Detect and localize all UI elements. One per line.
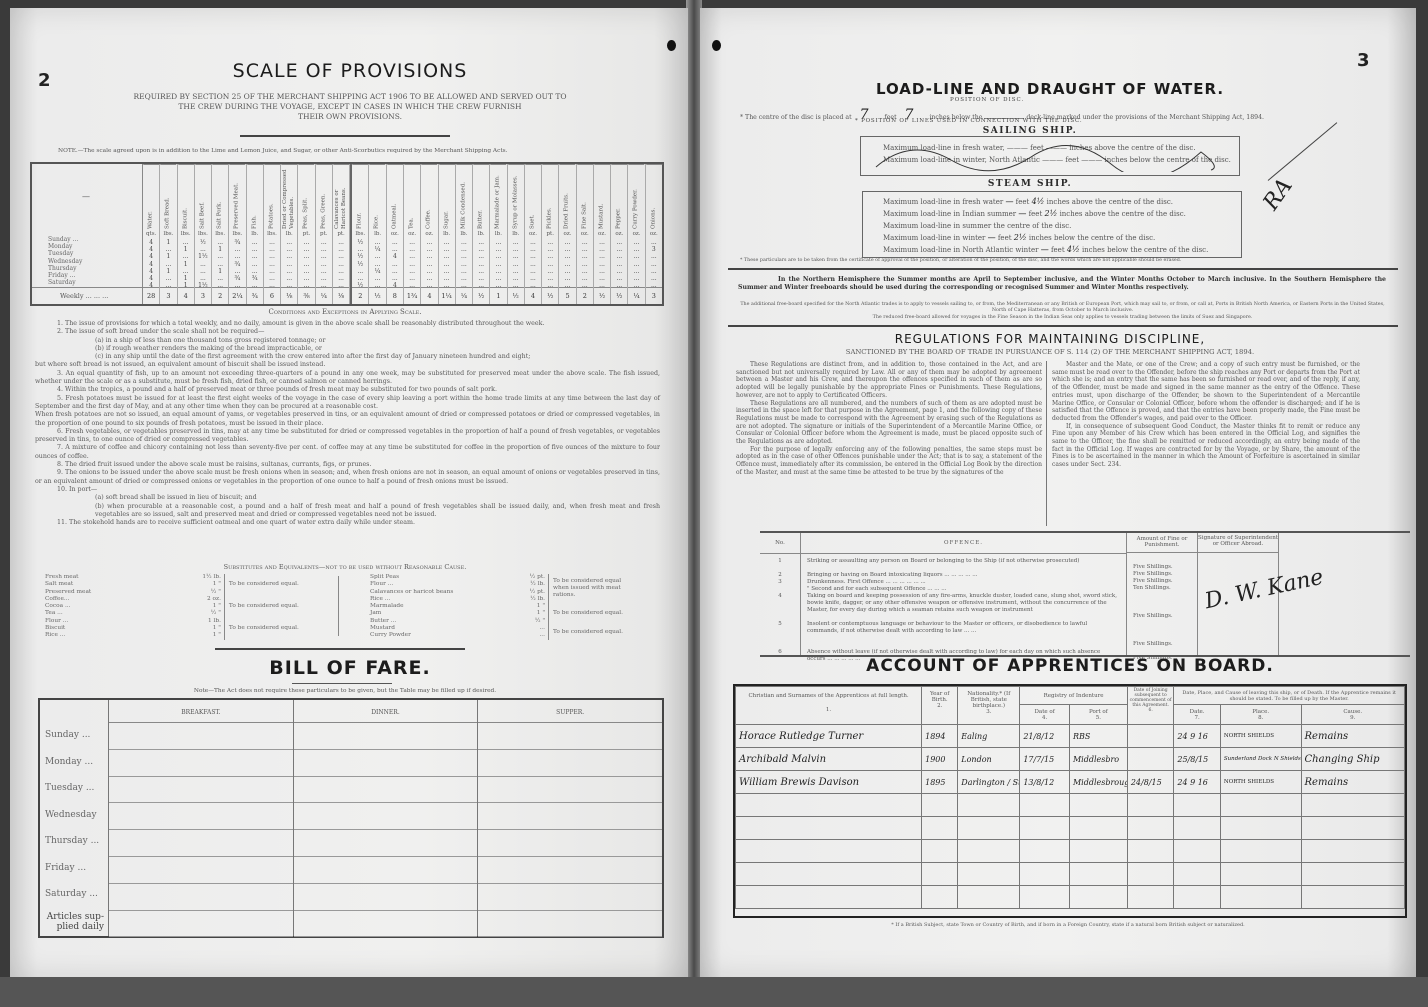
steam-line-label: Maximum load-line in Indian summer	[883, 210, 1016, 218]
fare-entry-cell[interactable]	[109, 911, 293, 938]
provision-weekly-value: ½	[594, 287, 610, 304]
substitute-item: Curry Powder	[370, 632, 411, 639]
disc-prefix: * The centre of the disc is placed at	[740, 114, 852, 121]
empty-cell[interactable]	[1220, 886, 1301, 909]
substitute-group: Marmalade1 "Jam1 "Butter ...½ "To be con…	[370, 603, 660, 625]
fare-entry-cell[interactable]	[109, 884, 293, 911]
provision-daily-value: ...	[369, 261, 385, 268]
substitute-amount: ...	[539, 625, 545, 632]
fare-day-label: Articles sup-plied daily	[40, 908, 108, 939]
sailing-ship-title: SAILING SHIP.	[930, 126, 1130, 136]
provision-daily-value: ...	[439, 261, 455, 268]
substitute-item: Calavances or haricot beans	[370, 589, 453, 596]
provision-daily-value: 4	[143, 253, 159, 260]
offence-fine: Ten Shillings.	[1133, 585, 1193, 592]
substitutes-title: Substitutes and Equivalents—not to be us…	[30, 563, 660, 571]
regulation-paragraph: If, in consequence of subsequent Good Co…	[1052, 423, 1360, 469]
provision-unit: oz.	[611, 231, 627, 239]
day-label: Tuesday	[48, 250, 73, 257]
provision-unit: lbs.	[352, 231, 368, 239]
steam-line: Maximum load-line in winter — feet 2½ in…	[883, 232, 1241, 244]
provision-daily-value: 1	[212, 268, 228, 275]
empty-cell[interactable]	[958, 794, 1020, 817]
offence-text: " Second and for each subsequent Offence…	[807, 586, 1120, 593]
provision-column: Onions.oz....3...............3	[646, 164, 662, 304]
empty-cell[interactable]	[958, 863, 1020, 886]
substitute-amount: 1 "	[213, 581, 221, 588]
provision-daily-value: ...	[212, 253, 228, 260]
sailing-ship-box: Maximum load-line in fresh water, ——— fe…	[860, 136, 1240, 176]
column-header: Amount of Fine or Punishment.	[1127, 533, 1197, 553]
provision-daily-value: ...	[439, 246, 455, 253]
provision-unit: oz.	[421, 231, 437, 239]
strikethrough-scribble-icon	[871, 142, 1231, 172]
provision-daily-value: ...	[387, 268, 403, 275]
fare-entry-cell[interactable]	[294, 857, 478, 884]
fare-entry-cell[interactable]	[294, 723, 478, 750]
empty-cell[interactable]	[922, 817, 958, 840]
provision-daily-value: 1	[160, 239, 176, 246]
provision-unit: lb.	[456, 231, 472, 239]
offence-number: 4	[760, 593, 800, 621]
condition-item: 10. In port—	[35, 486, 660, 494]
fare-entry-cell[interactable]	[478, 911, 662, 938]
provision-weekly-value: 2	[577, 287, 593, 304]
apprentice-row: Horace Rutledge Turner1894Ealing21/8/12R…	[736, 725, 1405, 748]
provision-daily-value: ...	[316, 275, 332, 282]
provision-daily-value: ¼	[369, 246, 385, 253]
provision-daily-value: ...	[160, 275, 176, 282]
provision-name: Dried Fruits.	[559, 164, 575, 231]
provision-unit: oz.	[559, 231, 575, 239]
empty-cell[interactable]	[922, 794, 958, 817]
provision-daily-value: ...	[628, 253, 644, 260]
additional-note: The reduced free-board allowed for voyag…	[740, 315, 1385, 321]
empty-cell[interactable]	[736, 794, 922, 817]
apprentice-cause: Changing Ship	[1301, 748, 1404, 771]
empty-cell[interactable]	[1301, 886, 1404, 909]
steam-line: Maximum load-line in fresh water — feet …	[883, 196, 1241, 208]
additional-notes: The additional free-board specified for …	[740, 302, 1385, 321]
empty-cell[interactable]	[1174, 886, 1221, 909]
empty-cell[interactable]	[1127, 794, 1174, 817]
provision-daily-value: 1	[160, 268, 176, 275]
provision-name: Fine Salt.	[577, 164, 593, 231]
provision-weekly-value: ½	[611, 287, 627, 304]
empty-cell[interactable]	[1127, 886, 1174, 909]
provision-daily-value: ...	[264, 275, 280, 282]
fare-day-label: Friday ...	[40, 855, 108, 882]
apprentice-year: 1900	[922, 748, 958, 771]
provision-unit: pt.	[542, 231, 558, 239]
regulations-title: REGULATIONS FOR MAINTAINING DISCIPLINE,	[850, 332, 1250, 346]
column-header: Date.7.	[1174, 705, 1221, 725]
provision-daily-value: ...	[559, 275, 575, 282]
provision-name: Soft Bread.	[160, 164, 176, 231]
provision-unit: lb.	[369, 231, 385, 239]
superintendent-signature: D. W. Kane	[1203, 565, 1326, 614]
provision-unit: lbs.	[178, 231, 194, 239]
provision-name: Biscuit.	[178, 164, 194, 231]
provision-daily-value: ...	[247, 246, 263, 253]
fare-column-dinner: DINNER.	[294, 700, 479, 936]
apprentice-date-of: 13/8/12	[1020, 771, 1070, 794]
provision-daily-value: ...	[628, 246, 644, 253]
empty-cell[interactable]	[922, 840, 958, 863]
subtitle-line: THEIR OWN PROVISIONS.	[50, 112, 650, 122]
apprentice-nationality: London	[958, 748, 1020, 771]
provision-daily-value: ...	[387, 275, 403, 282]
fare-entry-cell[interactable]	[294, 750, 478, 777]
steam-feet-value: —	[1041, 245, 1049, 254]
provision-column: Syrup or Molasses.lb....................…	[508, 164, 525, 304]
day-label: Friday ...	[48, 272, 75, 279]
provision-daily-value: ½	[352, 253, 368, 260]
provision-name: Preserved Meat.	[229, 164, 245, 231]
apprentice-place: Sunderland Dock N Shields	[1220, 748, 1301, 771]
steam-line-label: Maximum load-line in summer the centre o…	[883, 222, 1071, 230]
column-header: Place.8.	[1220, 705, 1301, 725]
empty-cell[interactable]	[958, 886, 1020, 909]
provision-daily-value: ...	[559, 239, 575, 246]
empty-cell[interactable]	[922, 863, 958, 886]
divider	[292, 683, 392, 684]
provision-daily-value: ...	[247, 239, 263, 246]
provision-daily-value: 4	[143, 261, 159, 268]
condition-item: 9. The onions to be issued under the abo…	[35, 469, 660, 486]
steam-line-label: Maximum load-line in winter	[883, 234, 985, 242]
provision-daily-value: ...	[195, 261, 211, 268]
provision-weekly-value: 28	[143, 287, 159, 304]
empty-cell[interactable]	[1174, 817, 1221, 840]
apprentice-port-of: Middlesbro	[1069, 748, 1127, 771]
provision-weekly-value: 1	[490, 287, 506, 304]
bill-of-fare-table: Sunday ...Monday ...Tuesday ...Wednesday…	[38, 698, 664, 938]
offence-number	[760, 586, 800, 593]
provision-name: Salt Pork.	[212, 164, 228, 231]
condition-item: 2. The issue of soft bread under the sca…	[35, 328, 660, 336]
provision-daily-value: ...	[611, 253, 627, 260]
condition-item: (a) in a ship of less than one thousand …	[35, 337, 660, 345]
provision-daily-value: ...	[456, 239, 472, 246]
steam-inches-value: 4½	[1032, 197, 1045, 206]
provision-daily-value: ...	[594, 239, 610, 246]
provision-unit: oz.	[577, 231, 593, 239]
day-label: Monday	[48, 243, 72, 250]
day-label: Thursday	[48, 265, 77, 272]
provision-weekly-value: 3	[160, 287, 176, 304]
provisions-subtitle: REQUIRED BY SECTION 25 OF THE MERCHANT S…	[50, 92, 650, 122]
provision-daily-value: ...	[298, 268, 314, 275]
provision-daily-value: ...	[352, 246, 368, 253]
provision-daily-value: ...	[473, 275, 489, 282]
load-line-title: LOAD-LINE AND DRAUGHT OF WATER.	[840, 80, 1260, 98]
empty-cell[interactable]	[1020, 886, 1070, 909]
provision-column: Peas, Split.pt......................⅜	[298, 164, 315, 304]
fare-entry-cell[interactable]	[478, 884, 662, 911]
empty-cell[interactable]	[736, 840, 922, 863]
provision-daily-value: ...	[352, 275, 368, 282]
provision-name: Calavances or Haricot Beans.	[333, 164, 349, 231]
empty-apprentice-row	[736, 886, 1405, 909]
apprentice-date: 25/8/15	[1174, 748, 1221, 771]
empty-cell[interactable]	[958, 840, 1020, 863]
condition-item: 3. An equal quantity of fish, up to an a…	[35, 370, 660, 387]
provisions-table: — Sunday ...MondayTuesdayWednesdayThursd…	[30, 162, 664, 306]
provision-daily-value: ...	[195, 275, 211, 282]
empty-cell[interactable]	[1174, 794, 1221, 817]
provision-daily-value: ...	[229, 246, 245, 253]
provision-daily-value: ...	[316, 246, 332, 253]
fare-entry-cell[interactable]	[478, 723, 662, 750]
fare-entry-cell[interactable]	[478, 750, 662, 777]
empty-cell[interactable]	[736, 886, 922, 909]
fare-entry-cell[interactable]	[478, 857, 662, 884]
empty-cell[interactable]	[1020, 794, 1070, 817]
provision-weekly-value: ½	[508, 287, 524, 304]
steam-line: Maximum load-line in Indian summer — fee…	[883, 208, 1241, 220]
fare-entry-cell[interactable]	[478, 830, 662, 857]
fare-entry-cell[interactable]	[478, 777, 662, 804]
provision-daily-value: ...	[333, 246, 349, 253]
provision-weekly-value: 1¾	[404, 287, 420, 304]
provision-daily-value: ...	[628, 268, 644, 275]
fare-entry-cell[interactable]	[109, 750, 293, 777]
apprentice-name: Horace Rutledge Turner	[736, 725, 922, 748]
regulation-paragraph: These Regulations are distinct from, and…	[736, 361, 1042, 400]
fare-entry-cell[interactable]	[109, 777, 293, 804]
provision-unit: lbs.	[229, 231, 245, 239]
regulation-paragraph: For the purpose of legally enforcing any…	[736, 446, 1042, 477]
empty-cell[interactable]	[1069, 794, 1127, 817]
divider	[240, 135, 450, 137]
empty-cell[interactable]	[1069, 840, 1127, 863]
empty-cell[interactable]	[1127, 840, 1174, 863]
provision-column: Salt Pork.lbs....1......1......2	[212, 164, 229, 304]
fare-day-label: Wednesday	[40, 802, 108, 829]
fare-entry-cell[interactable]	[294, 884, 478, 911]
provision-weekly-value: ⅛	[281, 287, 297, 304]
provision-name: Dried or Compressed Vegetables.	[281, 164, 297, 231]
offence-fine: Five Shillings.	[1133, 620, 1193, 648]
empty-cell[interactable]	[1069, 817, 1127, 840]
provision-daily-value: ...	[577, 268, 593, 275]
provision-daily-value: ...	[594, 253, 610, 260]
offence-fine: Five Shillings.	[1133, 578, 1193, 585]
substitute-amount: ½ lb.	[530, 581, 545, 588]
column-header: No.	[760, 533, 800, 554]
empty-cell[interactable]	[736, 863, 922, 886]
apprentice-joining: 24/8/15	[1127, 771, 1174, 794]
fare-entry-cell[interactable]	[109, 857, 293, 884]
provision-daily-value: ...	[421, 261, 437, 268]
header-joining: Date of Joining subsequent to commenceme…	[1127, 687, 1174, 725]
fare-entry-cell[interactable]	[294, 803, 478, 830]
apprentice-year: 1894	[922, 725, 958, 748]
provision-daily-value: ...	[281, 261, 297, 268]
empty-cell[interactable]	[1301, 863, 1404, 886]
provision-daily-value: ...	[508, 246, 524, 253]
punch-hole	[667, 40, 676, 51]
provision-daily-value: ...	[160, 246, 176, 253]
fare-entry-cell[interactable]	[109, 803, 293, 830]
fare-entry-cell[interactable]	[294, 777, 478, 804]
provision-daily-value: ...	[508, 239, 524, 246]
substitute-amount: 2 oz.	[207, 596, 221, 603]
provision-name: Fish.	[247, 164, 263, 231]
empty-cell[interactable]	[1020, 817, 1070, 840]
offence-text: Bringing or having on Board intoxicating…	[807, 572, 1120, 579]
provision-column: Butter.lb......................½	[473, 164, 490, 304]
provision-daily-value: ...	[369, 239, 385, 246]
provision-weekly-value: ⅜	[298, 287, 314, 304]
substitute-amount: 1½ lb.	[202, 574, 221, 581]
provision-daily-value: ...	[421, 239, 437, 246]
fare-entry-cell[interactable]	[478, 803, 662, 830]
provision-daily-value: ...	[456, 268, 472, 275]
provision-column: Suet.oz......................4	[525, 164, 542, 304]
substitute-item: Rice ...	[45, 632, 65, 639]
substitute-amount: ½ "	[535, 618, 545, 625]
empty-cell[interactable]	[958, 817, 1020, 840]
regulations-column-2: Master and the Mate, or one of the Crew;…	[1052, 361, 1360, 469]
empty-cell[interactable]	[736, 817, 922, 840]
empty-cell[interactable]	[1301, 817, 1404, 840]
provision-daily-value: ...	[490, 275, 506, 282]
empty-cell[interactable]	[1174, 840, 1221, 863]
apprentice-joining	[1127, 748, 1174, 771]
provision-daily-value: ...	[473, 261, 489, 268]
header-names: Christian and Surnames of the Apprentice…	[736, 687, 922, 725]
apprentice-name: Archibald Malvin	[736, 748, 922, 771]
substitute-item: Tea ...	[45, 610, 63, 617]
empty-cell[interactable]	[1174, 863, 1221, 886]
apprentice-date-of: 17/7/15	[1020, 748, 1070, 771]
day-label: Wednesday	[48, 258, 82, 265]
empty-cell[interactable]	[1220, 794, 1301, 817]
fare-entry-cell[interactable]	[109, 723, 293, 750]
empty-cell[interactable]	[1127, 863, 1174, 886]
page-number-right: 3	[1357, 50, 1370, 71]
substitute-note: To be considered equal.	[225, 581, 305, 588]
substitute-amount: 1 "	[537, 610, 545, 617]
fare-entry-cell[interactable]	[294, 830, 478, 857]
day-label: Saturday	[48, 279, 76, 286]
provision-daily-value: ...	[247, 261, 263, 268]
provision-unit: lbs.	[264, 231, 280, 239]
provision-daily-value: ...	[404, 261, 420, 268]
provision-daily-value: ...	[646, 253, 662, 260]
provision-daily-value: ...	[594, 261, 610, 268]
provision-daily-value: ½	[352, 239, 368, 246]
provision-daily-value: ...	[439, 275, 455, 282]
apprentice-date: 24 9 16	[1174, 771, 1221, 794]
provision-unit: lb.	[508, 231, 524, 239]
substitute-item: Split Peas	[370, 574, 399, 581]
provision-daily-value: ...	[195, 246, 211, 253]
provision-column: Water.qts.444444428	[143, 164, 160, 304]
provision-daily-value: ...	[542, 261, 558, 268]
steam-inches-value: 2½	[1044, 209, 1057, 218]
provision-daily-value: ...	[229, 268, 245, 275]
provision-weekly-value: 4	[178, 287, 194, 304]
regulation-paragraph: These Regulations are all numbered, and …	[736, 400, 1042, 446]
provision-daily-value: ...	[473, 268, 489, 275]
empty-cell[interactable]	[1020, 840, 1070, 863]
empty-cell[interactable]	[1069, 863, 1127, 886]
column-header: Signature of Superintendent or Officer A…	[1198, 533, 1278, 553]
empty-apprentice-row	[736, 863, 1405, 886]
day-label: Sunday ...	[48, 236, 78, 243]
empty-cell[interactable]	[1069, 886, 1127, 909]
empty-cell[interactable]	[1220, 840, 1301, 863]
steam-feet-value: —	[1005, 197, 1013, 206]
empty-cell[interactable]	[1301, 794, 1404, 817]
regulations-subtitle: SANCTIONED BY THE BOARD OF TRADE IN PURS…	[770, 348, 1330, 356]
provision-column: Preserved Meat.lbs.¾......¾...¾...2¼	[229, 164, 246, 304]
provision-daily-value: ...	[594, 268, 610, 275]
apprentices-table: Christian and Surnames of the Apprentice…	[733, 684, 1407, 918]
apprentice-name: William Brewis Davison	[736, 771, 922, 794]
provision-daily-value: ...	[594, 246, 610, 253]
empty-cell[interactable]	[1220, 817, 1301, 840]
provision-daily-value: ¾	[229, 275, 245, 282]
provision-daily-value: ...	[333, 261, 349, 268]
provision-column: Tea.oz......................1¾	[404, 164, 421, 304]
provision-daily-value: ...	[369, 275, 385, 282]
provision-daily-value: ...	[212, 261, 228, 268]
provision-daily-value: ...	[264, 239, 280, 246]
provision-daily-value: 4	[143, 246, 159, 253]
offence-number: 2	[760, 572, 800, 579]
provision-daily-value: ...	[316, 253, 332, 260]
empty-cell[interactable]	[1127, 817, 1174, 840]
provision-daily-value: ...	[229, 253, 245, 260]
provision-daily-value: ...	[333, 239, 349, 246]
fare-entry-cell[interactable]	[294, 911, 478, 938]
provision-daily-value: ...	[490, 253, 506, 260]
apprentices-title: ACCOUNT OF APPRENTICES ON BOARD.	[790, 656, 1350, 676]
substitute-item: Jam	[370, 610, 381, 617]
provision-daily-value: ...	[264, 261, 280, 268]
substitute-note: To be considered equal.	[549, 629, 633, 636]
empty-cell[interactable]	[1020, 863, 1070, 886]
substitute-group: Flour ...1 lb.Biscuit1 "Rice ...1 "To be…	[45, 618, 305, 640]
provision-daily-value: ¼	[369, 268, 385, 275]
fare-column-breakfast: BREAKFAST.	[109, 700, 294, 936]
provision-name: Marmalade or Jam.	[490, 164, 506, 231]
empty-cell[interactable]	[1301, 840, 1404, 863]
empty-cell[interactable]	[922, 886, 958, 909]
divider	[215, 648, 465, 650]
provision-column: Oatmeal.oz.......4.........48	[387, 164, 404, 304]
fare-day-label: Sunday ...	[40, 722, 108, 749]
empty-cell[interactable]	[1220, 863, 1301, 886]
condition-item: 5. Fresh potatoes must be issued for at …	[35, 395, 660, 412]
provision-weekly-value: ¼	[628, 287, 644, 304]
apprentice-year: 1895	[922, 771, 958, 794]
offence-fine: Five Shillings.	[1133, 571, 1193, 578]
offence-fine: Five Shillings.	[1133, 592, 1193, 620]
fare-entry-cell[interactable]	[109, 830, 293, 857]
provision-daily-value: ...	[577, 246, 593, 253]
provision-daily-value: ...	[611, 246, 627, 253]
steam-ship-title: STEAM SHIP.	[930, 179, 1130, 189]
provision-unit: oz.	[404, 231, 420, 239]
substitute-item: Coffee...	[45, 596, 69, 603]
provision-daily-value: ...	[333, 275, 349, 282]
steam-line-suffix: inches above the centre of the disc.	[1060, 210, 1186, 218]
